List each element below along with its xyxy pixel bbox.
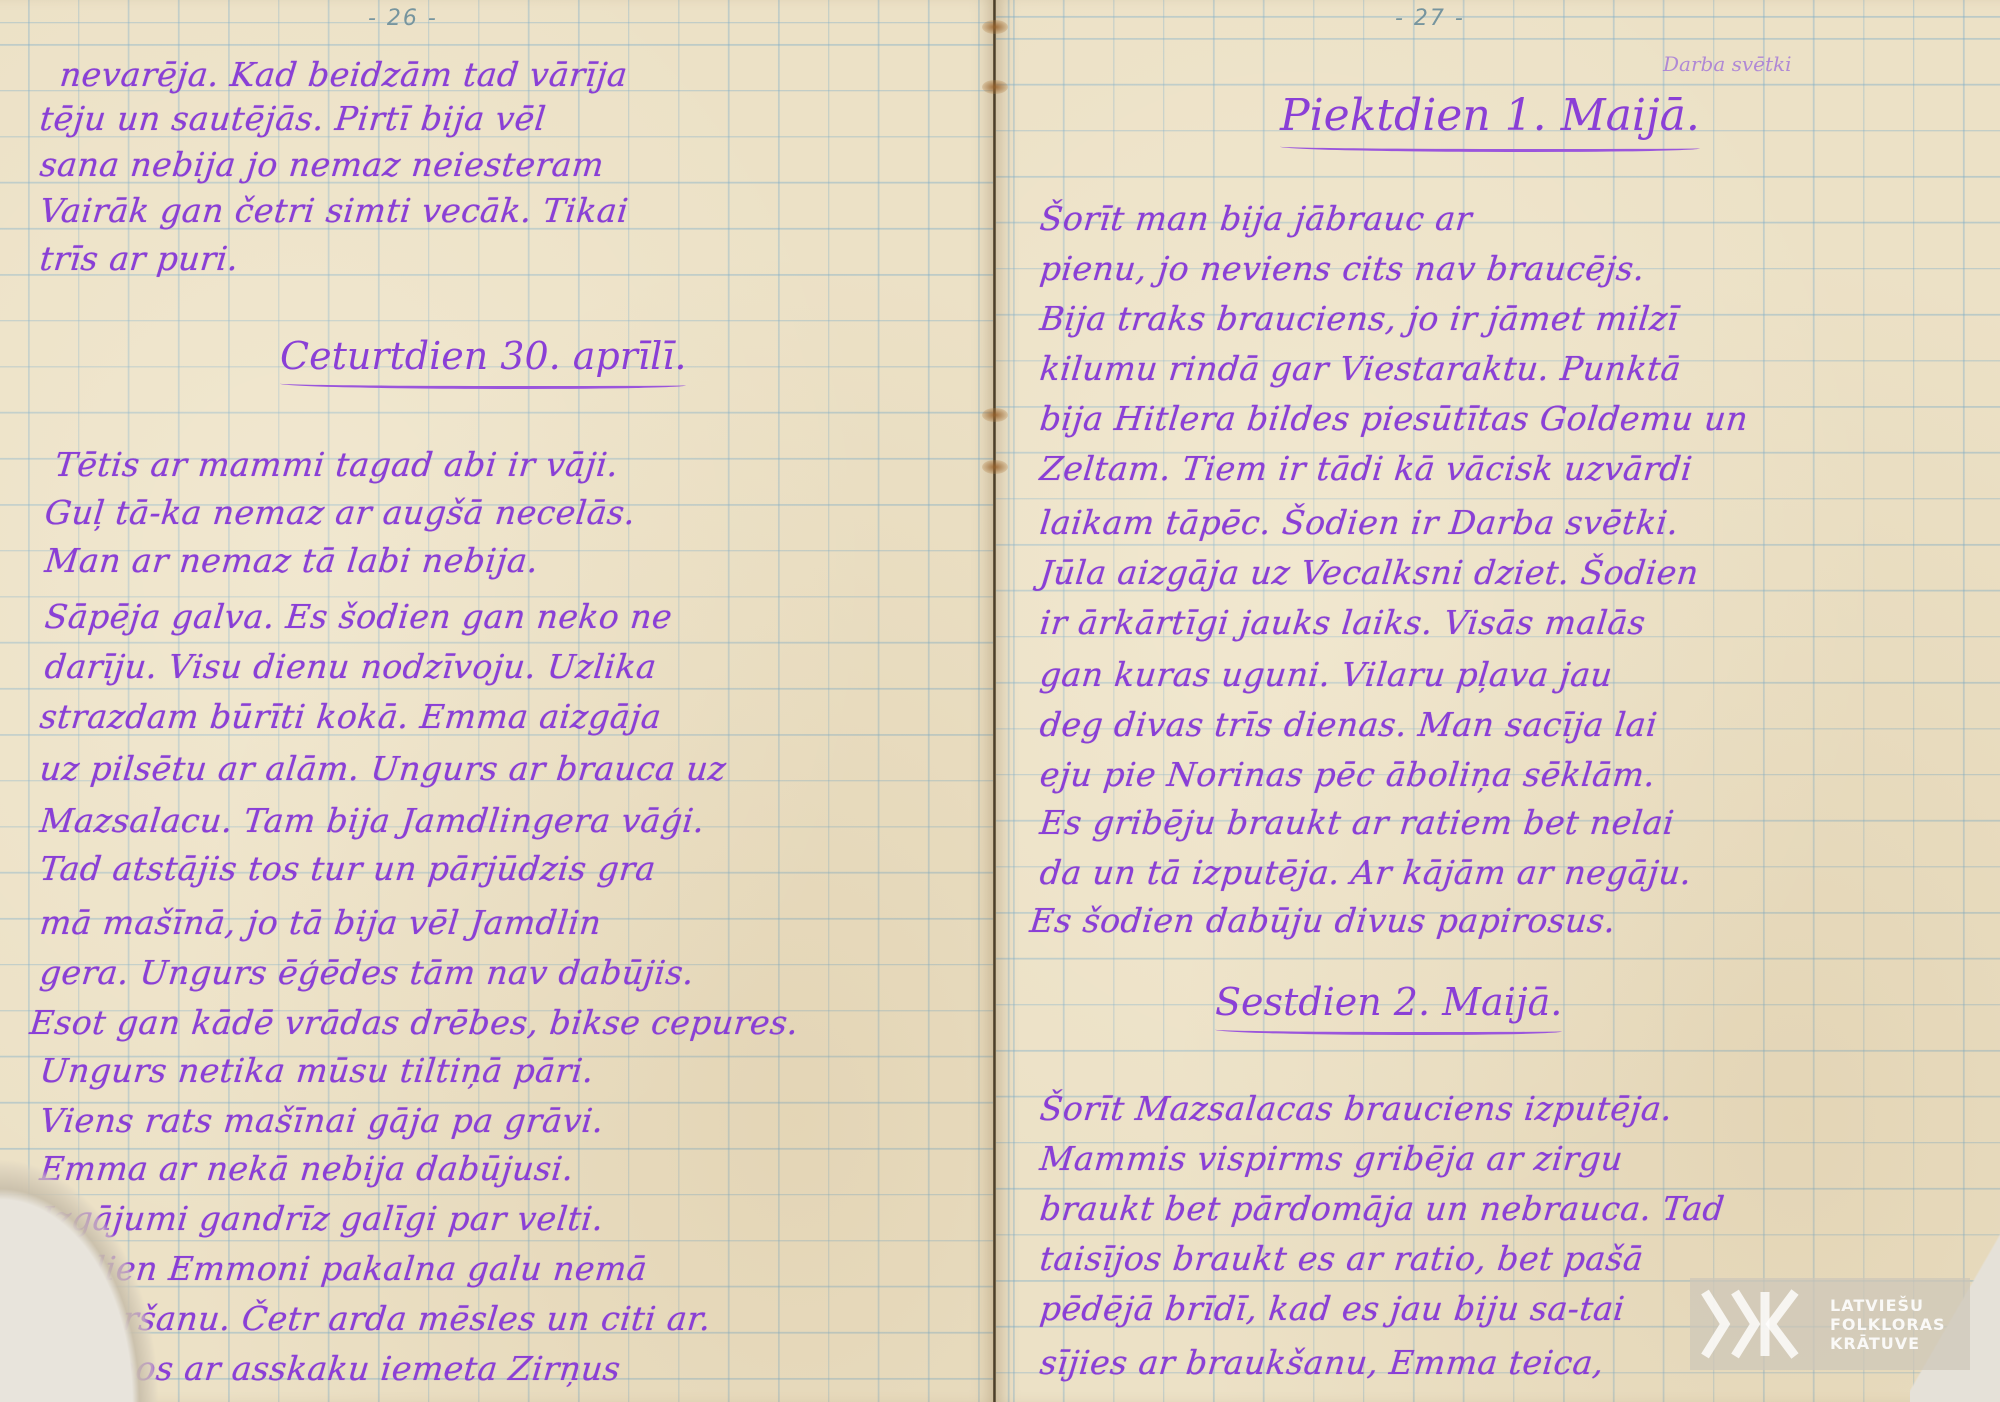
handwritten-line: eju pie Norinas pēc āboliņa sēklām. <box>1038 752 1658 798</box>
heading-text: Ceturtdien 30. aprīlī. <box>280 334 686 378</box>
lfk-logo-icon <box>1690 1284 1830 1364</box>
handwritten-line: Zeltam. Tiem ir tādi kā vācisk uzvārdi <box>1038 446 1695 492</box>
handwritten-line: Šorīt man bija jābrauc ar <box>1038 196 1475 242</box>
heading-annotation: Darba svētki <box>1663 52 1792 76</box>
handwritten-line: Es gribēju braukt ar ratiem bet nelai <box>1038 800 1677 846</box>
stain-mark <box>982 460 1008 474</box>
handwritten-line: Vairāk gan četri simti vecāk. Tikai <box>38 188 631 234</box>
handwritten-line: pēdējā brīdī, kad es jau biju sa-tai <box>1038 1286 1627 1332</box>
entry-heading-saturday: Sestdien 2. Maijā. <box>1215 980 1562 1035</box>
entry-heading-thursday: Ceturtdien 30. aprīlī. <box>280 334 686 389</box>
handwritten-line: mā mašīnā, jo tā bija vēl Jamdlin <box>38 900 604 946</box>
handwritten-line: Tad atstājis tos tur un pārjūdzis gra <box>38 846 659 892</box>
handwritten-line: Esot gan kādē vrādas drēbes, bikse cepur… <box>28 1000 801 1046</box>
handwritten-line: nevarēja. Kad beidzām tad vārīja <box>58 52 630 98</box>
handwritten-line: kilumu rindā gar Viestaraktu. Punktā <box>1038 346 1684 392</box>
handwritten-line: Jūla aizgāja uz Vecalksni dziet. Šodien <box>1038 550 1702 596</box>
heading-text: Sestdien 2. Maijā. <box>1215 980 1562 1024</box>
watermark-text: LATVIEŠU FOLKLORAS KRĀTUVE <box>1830 1296 1946 1353</box>
handwritten-line: Es šodien dabūju divus papirosus. <box>1028 898 1618 944</box>
handwritten-line: braukt bet pārdomāja un nebrauca. Tad <box>1038 1186 1727 1232</box>
stain-mark <box>982 20 1008 34</box>
heading-underline <box>1280 143 1700 152</box>
left-page: - 26 - nevarēja. Kad beidzām tad vārīja … <box>0 0 995 1402</box>
torn-page-corner <box>0 1142 170 1402</box>
watermark-line: KRĀTUVE <box>1830 1334 1946 1353</box>
watermark-line: LATVIEŠU <box>1830 1296 1946 1315</box>
page-number: - 27 - <box>1395 6 1465 31</box>
handwritten-line: trīs ar puri. <box>38 236 241 282</box>
handwritten-line: taisījos braukt es ar ratio, bet pašā <box>1038 1236 1646 1282</box>
handwritten-line: pienu, jo neviens cits nav braucējs. <box>1038 246 1648 292</box>
watermark-line: FOLKLORAS <box>1830 1315 1946 1334</box>
right-page: - 27 - Darba svētki Piektdien 1. Maijā. … <box>995 0 2000 1402</box>
handwritten-line: Viens rats mašīnai gāja pa grāvi. <box>38 1098 607 1144</box>
handwritten-line: darīju. Visu dienu nodzīvoju. Uzlika <box>43 644 659 690</box>
handwritten-line: Sāpēja galva. Es šodien gan neko ne <box>43 594 675 640</box>
handwritten-line: laikam tāpēc. Šodien ir Darba svētki. <box>1038 500 1681 546</box>
handwritten-line: Bija traks brauciens, jo ir jāmet milzī <box>1038 296 1681 342</box>
handwritten-line: da un tā izputēja. Ar kājām ar negāju. <box>1038 850 1694 896</box>
page-number: - 26 - <box>368 6 438 31</box>
archive-watermark: LATVIEŠU FOLKLORAS KRĀTUVE <box>1690 1278 1970 1370</box>
handwritten-line: sana nebija jo nemaz neiesteram <box>38 142 607 188</box>
handwritten-line: Mammis vispirms gribēja ar zirgu <box>1038 1136 1626 1182</box>
handwritten-line: strazdam būrīti kokā. Emma aizgāja <box>38 694 664 740</box>
handwritten-line: gan kuras uguni. Vilaru pļava jau <box>1038 652 1615 698</box>
handwritten-line: gera. Ungurs ēģēdes tām nav dabūjis. <box>38 950 697 996</box>
handwritten-line: Man ar nemaz tā labi nebija. <box>43 538 541 584</box>
handwritten-line: Šorīt Mazsalacas brauciens izputēja. <box>1038 1086 1675 1132</box>
handwritten-line: Tētis ar mammi tagad abi ir vāji. <box>53 442 621 488</box>
handwritten-line: tēju un sautējās. Pirtī bija vēl <box>38 96 549 142</box>
handwritten-line: deg divas trīs dienas. Man sacīja lai <box>1038 702 1660 748</box>
handwritten-line: Mazsalacu. Tam bija Jamdlingera vāģi. <box>38 798 707 844</box>
entry-heading-friday: Piektdien 1. Maijā. <box>1280 90 1700 152</box>
heading-text: Piektdien 1. Maijā. <box>1280 90 1700 141</box>
handwritten-line: Guļ tā-ka nemaz ar augšā necelās. <box>43 490 638 536</box>
heading-underline <box>1215 1026 1562 1035</box>
handwritten-line: sījies ar braukšanu, Emma teica, <box>1038 1340 1607 1386</box>
stain-mark <box>982 408 1008 422</box>
stain-mark <box>982 80 1008 94</box>
handwritten-line: ir ārkārtīgi jauks laiks. Visās malās <box>1038 600 1648 646</box>
notebook-spread: - 26 - nevarēja. Kad beidzām tad vārīja … <box>0 0 2000 1402</box>
heading-underline <box>280 380 686 389</box>
notebook-gutter <box>993 0 996 1402</box>
handwritten-line: bija Hitlera bildes piesūtītas Goldemu u… <box>1038 396 1751 442</box>
handwritten-line: uz pilsētu ar alām. Ungurs ar brauca uz <box>38 746 729 792</box>
handwritten-line: Ungurs netika mūsu tiltiņā pāri. <box>38 1048 597 1094</box>
